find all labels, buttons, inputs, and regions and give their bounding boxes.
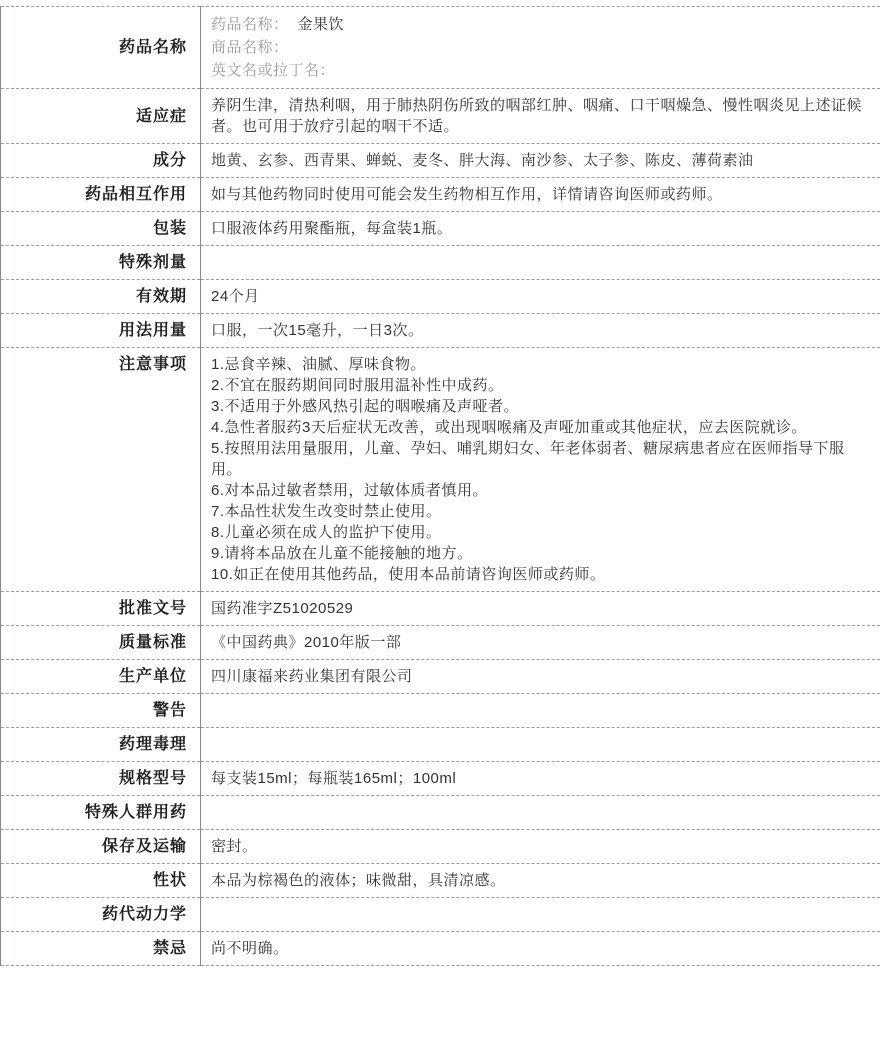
- row-label-special-dosage: 特殊剂量: [1, 246, 201, 280]
- row-label-approval-number: 批准文号: [1, 592, 201, 626]
- row-label-storage-transport: 保存及运输: [1, 830, 201, 864]
- row-label-specification: 规格型号: [1, 762, 201, 796]
- row-value-drug-name: 药品名称：金果饮 商品名称： 英文名或拉丁名：: [201, 7, 880, 89]
- row-value-packaging: 口服液体药用聚酯瓶，每盒装1瓶。: [201, 212, 880, 246]
- row-value-specification: 每支装15ml；每瓶装165ml；100ml: [201, 762, 880, 796]
- table-row-dosage-usage: 用法用量 口服，一次15毫升，一日3次。: [1, 314, 880, 348]
- drug-info-page: 药品名称 药品名称：金果饮 商品名称： 英文名或拉丁名： 适应症 养阴生津，清热…: [0, 0, 880, 1060]
- table-row-special-population: 特殊人群用药: [1, 796, 880, 830]
- table-row-contraindications: 禁忌 尚不明确。: [1, 932, 880, 966]
- row-label-pharmacology-toxicology: 药理毒理: [1, 728, 201, 762]
- row-value-pharmacokinetics: [201, 898, 880, 932]
- table-row-warning: 警告: [1, 694, 880, 728]
- row-value-quality-standard: 《中国药典》2010年版一部: [201, 626, 880, 660]
- row-value-indications: 养阴生津，清热利咽，用于肺热阴伤所致的咽部红肿、咽痛、口干咽燥急、慢性咽炎见上述…: [201, 89, 880, 144]
- precaution-item: 10.如正在使用其他药品，使用本品前请咨询医师或药师。: [211, 564, 868, 585]
- table-row-drug-name: 药品名称 药品名称：金果饮 商品名称： 英文名或拉丁名：: [1, 7, 880, 89]
- row-value-storage-transport: 密封。: [201, 830, 880, 864]
- table-row-specification: 规格型号 每支装15ml；每瓶装165ml；100ml: [1, 762, 880, 796]
- row-value-warning: [201, 694, 880, 728]
- row-label-pharmacokinetics: 药代动力学: [1, 898, 201, 932]
- row-value-ingredients: 地黄、玄参、西青果、蝉蜕、麦冬、胖大海、南沙参、太子参、陈皮、薄荷素油: [201, 144, 880, 178]
- drug-info-table: 药品名称 药品名称：金果饮 商品名称： 英文名或拉丁名： 适应症 养阴生津，清热…: [0, 6, 880, 966]
- row-label-warning: 警告: [1, 694, 201, 728]
- row-label-drug-interactions: 药品相互作用: [1, 178, 201, 212]
- table-row-quality-standard: 质量标准 《中国药典》2010年版一部: [1, 626, 880, 660]
- row-label-special-population: 特殊人群用药: [1, 796, 201, 830]
- row-label-indications: 适应症: [1, 89, 201, 144]
- table-row-ingredients: 成分 地黄、玄参、西青果、蝉蜕、麦冬、胖大海、南沙参、太子参、陈皮、薄荷素油: [1, 144, 880, 178]
- precaution-item: 3.不适用于外感风热引起的咽喉痛及声哑者。: [211, 396, 868, 417]
- row-value-properties: 本品为棕褐色的液体；味微甜，具清凉感。: [201, 864, 880, 898]
- table-row-precautions: 注意事项 1.忌食辛辣、油腻、厚味食物。 2.不宜在服药期间同时服用温补性中成药…: [1, 348, 880, 592]
- row-label-ingredients: 成分: [1, 144, 201, 178]
- row-value-approval-number: 国药准字Z51020529: [201, 592, 880, 626]
- english-name-line: 英文名或拉丁名：: [211, 59, 868, 82]
- table-row-storage-transport: 保存及运输 密封。: [1, 830, 880, 864]
- trade-name-line: 商品名称：: [211, 36, 868, 59]
- table-row-manufacturer: 生产单位 四川康福来药业集团有限公司: [1, 660, 880, 694]
- table-row-approval-number: 批准文号 国药准字Z51020529: [1, 592, 880, 626]
- table-row-drug-interactions: 药品相互作用 如与其他药物同时使用可能会发生药物相互作用，详情请咨询医师或药师。: [1, 178, 880, 212]
- row-value-dosage-usage: 口服，一次15毫升，一日3次。: [201, 314, 880, 348]
- row-label-properties: 性状: [1, 864, 201, 898]
- table-row-pharmacology-toxicology: 药理毒理: [1, 728, 880, 762]
- precaution-item: 6.对本品过敏者禁用，过敏体质者慎用。: [211, 480, 868, 501]
- row-value-shelf-life: 24个月: [201, 280, 880, 314]
- precaution-item: 8.儿童必须在成人的监护下使用。: [211, 522, 868, 543]
- field-value-drug-name: 金果饮: [298, 16, 345, 33]
- row-value-pharmacology-toxicology: [201, 728, 880, 762]
- row-label-contraindications: 禁忌: [1, 932, 201, 966]
- row-value-manufacturer: 四川康福来药业集团有限公司: [201, 660, 880, 694]
- precaution-item: 4.急性者服药3天后症状无改善，或出现咽喉痛及声哑加重或其他症状，应去医院就诊。: [211, 417, 868, 438]
- precaution-item: 7.本品性状发生改变时禁止使用。: [211, 501, 868, 522]
- table-row-indications: 适应症 养阴生津，清热利咽，用于肺热阴伤所致的咽部红肿、咽痛、口干咽燥急、慢性咽…: [1, 89, 880, 144]
- row-label-precautions: 注意事项: [1, 348, 201, 592]
- field-label-drug-name: 药品名称：: [211, 16, 289, 33]
- row-label-shelf-life: 有效期: [1, 280, 201, 314]
- drug-name-line: 药品名称：金果饮: [211, 13, 868, 36]
- row-value-special-dosage: [201, 246, 880, 280]
- precaution-item: 1.忌食辛辣、油腻、厚味食物。: [211, 354, 868, 375]
- row-label-manufacturer: 生产单位: [1, 660, 201, 694]
- row-value-special-population: [201, 796, 880, 830]
- row-label-packaging: 包装: [1, 212, 201, 246]
- precaution-item: 5.按照用法用量服用，儿童、孕妇、哺乳期妇女、年老体弱者、糖尿病患者应在医师指导…: [211, 438, 868, 480]
- field-label-english-name: 英文名或拉丁名：: [211, 62, 335, 79]
- row-label-dosage-usage: 用法用量: [1, 314, 201, 348]
- table-row-properties: 性状 本品为棕褐色的液体；味微甜，具清凉感。: [1, 864, 880, 898]
- row-label-drug-name: 药品名称: [1, 7, 201, 89]
- precaution-item: 9.请将本品放在儿童不能接触的地方。: [211, 543, 868, 564]
- row-value-drug-interactions: 如与其他药物同时使用可能会发生药物相互作用，详情请咨询医师或药师。: [201, 178, 880, 212]
- row-value-contraindications: 尚不明确。: [201, 932, 880, 966]
- field-label-trade-name: 商品名称：: [211, 39, 289, 56]
- table-row-packaging: 包装 口服液体药用聚酯瓶，每盒装1瓶。: [1, 212, 880, 246]
- precaution-item: 2.不宜在服药期间同时服用温补性中成药。: [211, 375, 868, 396]
- row-label-quality-standard: 质量标准: [1, 626, 201, 660]
- table-row-shelf-life: 有效期 24个月: [1, 280, 880, 314]
- table-row-special-dosage: 特殊剂量: [1, 246, 880, 280]
- row-value-precautions: 1.忌食辛辣、油腻、厚味食物。 2.不宜在服药期间同时服用温补性中成药。 3.不…: [201, 348, 880, 592]
- table-row-pharmacokinetics: 药代动力学: [1, 898, 880, 932]
